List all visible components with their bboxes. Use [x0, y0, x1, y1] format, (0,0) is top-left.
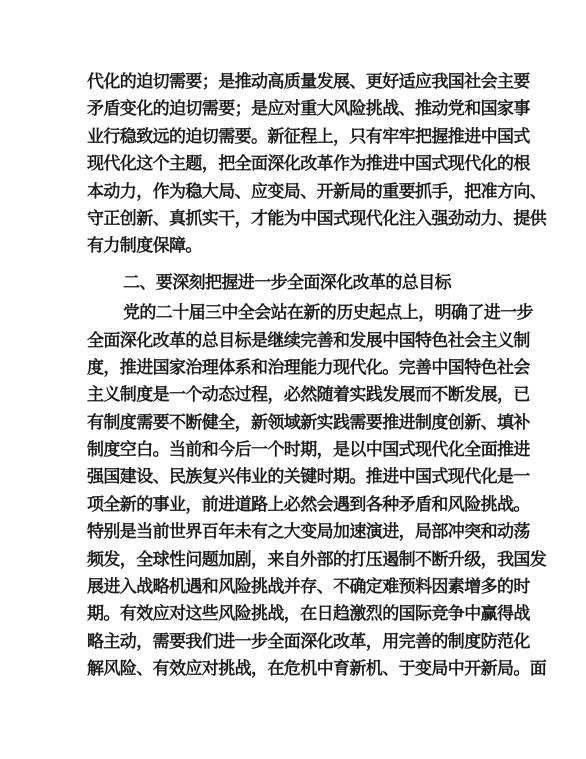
paragraph-2: 党的二十届三中全会站在新的历史起点上，明确了进一步 全面深化改革的总目标是继续完… [87, 300, 489, 683]
document-page: 代化的迫切需要；是推动高质量发展、更好适应我国社会主要 矛盾变化的迫切需要；是应… [0, 0, 586, 759]
paragraph-1: 代化的迫切需要；是推动高质量发展、更好适应我国社会主要 矛盾变化的迫切需要；是应… [87, 69, 489, 261]
section-heading: 二、要深刻把握进一步全面深化改革的总目标 [87, 270, 489, 297]
text-line: 度，推进国家治理体系和治理能力现代化。完善中国特色社会 [87, 355, 489, 382]
text-line: 强国建设、民族复兴伟业的关键时期。推进中国式现代化是一 [87, 464, 489, 491]
text-line: 项全新的事业，前进道路上必然会遇到各种矛盾和风险挑战。 [87, 492, 489, 519]
text-line: 业行稳致远的迫切需要。新征程上，只有牢牢把握推进中国式 [87, 124, 489, 151]
text-line: 频发，全球性问题加剧，来自外部的打压遏制不断升级，我国发 [87, 547, 489, 574]
document-body: 代化的迫切需要；是推动高质量发展、更好适应我国社会主要 矛盾变化的迫切需要；是应… [87, 69, 489, 684]
text-line: 本动力，作为稳大局、应变局、开新局的重要抓手，把准方向、 [87, 179, 489, 206]
text-line: 有制度需要不断健全，新领域新实践需要推进制度创新、填补 [87, 410, 489, 437]
text-line: 特别是当前世界百年未有之大变局加速演进，局部冲突和动荡 [87, 519, 489, 546]
text-line: 略主动，需要我们进一步全面深化改革，用完善的制度防范化 [87, 629, 489, 656]
text-line: 有力制度保障。 [87, 233, 489, 260]
text-line: 守正创新、真抓实干，才能为中国式现代化注入强劲动力、提供 [87, 206, 489, 233]
text-line: 代化的迫切需要；是推动高质量发展、更好适应我国社会主要 [87, 69, 489, 96]
text-line: 现代化这个主题，把全面深化改革作为推进中国式现代化的根 [87, 151, 489, 178]
text-line: 矛盾变化的迫切需要；是应对重大风险挑战、推动党和国家事 [87, 96, 489, 123]
text-line: 制度空白。当前和今后一个时期，是以中国式现代化全面推进 [87, 437, 489, 464]
text-line: 期。有效应对这些风险挑战，在日趋激烈的国际竞争中赢得战 [87, 601, 489, 628]
text-line: 展进入战略机遇和风险挑战并存、不确定难预料因素增多的时 [87, 574, 489, 601]
text-line: 主义制度是一个动态过程，必然随着实践发展而不断发展，已 [87, 382, 489, 409]
text-line: 党的二十届三中全会站在新的历史起点上，明确了进一步 [87, 300, 489, 327]
text-line: 全面深化改革的总目标是继续完善和发展中国特色社会主义制 [87, 328, 489, 355]
text-line: 解风险、有效应对挑战，在危机中育新机、于变局中开新局。面 [87, 656, 489, 683]
